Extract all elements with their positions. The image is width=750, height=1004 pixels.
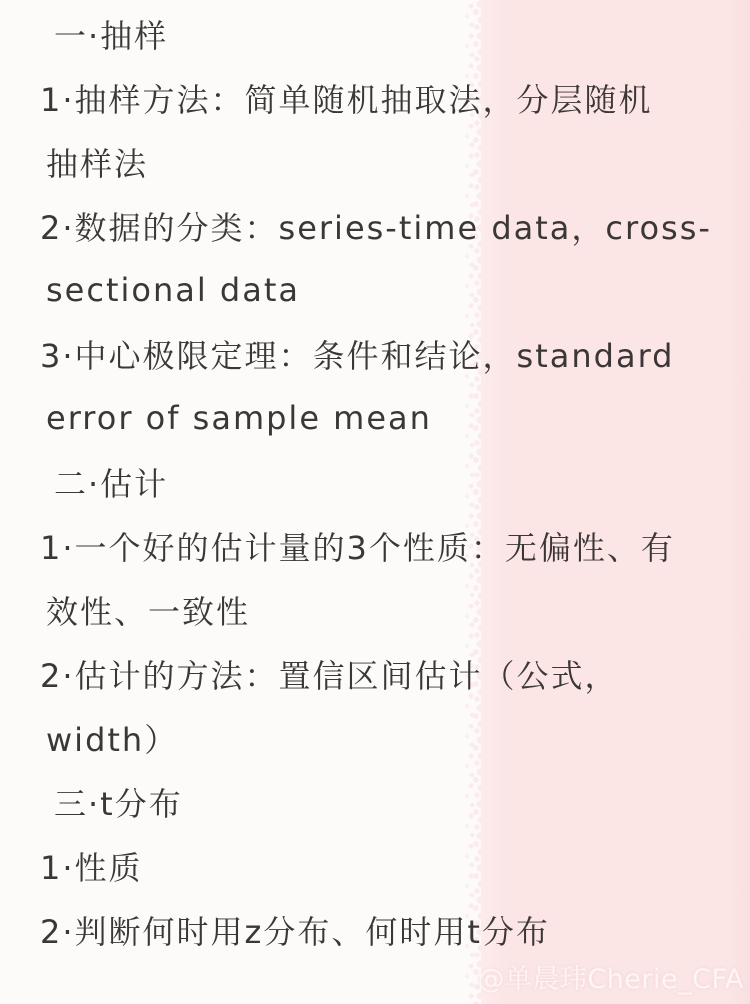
- weibo-icon: [437, 962, 471, 992]
- note-line: 2·数据的分类：series-time data，cross-: [0, 194, 750, 258]
- note-line: 1·抽样方法：简单随机抽取法，分层随机: [0, 66, 750, 130]
- handwritten-notes: 一·抽样1·抽样方法：简单随机抽取法，分层随机抽样法2·数据的分类：series…: [0, 0, 750, 1004]
- note-line: error of sample mean: [0, 386, 750, 450]
- note-line: 2·估计的方法：置信区间估计（公式，: [0, 642, 750, 706]
- note-line: 效性、一致性: [0, 578, 750, 642]
- note-line: 1·一个好的估计量的3个性质：无偏性、有: [0, 514, 750, 578]
- watermark: @单晨玮Cherie_CFA: [437, 957, 744, 996]
- note-line: 三·t分布: [0, 770, 750, 834]
- note-line: 二·估计: [0, 450, 750, 514]
- note-line: sectional data: [0, 258, 750, 322]
- note-line: 1·性质: [0, 834, 750, 898]
- note-line: 2·判断何时用z分布、何时用t分布: [0, 898, 750, 962]
- note-line: 一·抽样: [0, 2, 750, 66]
- note-line: 3·中心极限定理：条件和结论，standard: [0, 322, 750, 386]
- watermark-handle: @单晨玮Cherie_CFA: [477, 957, 744, 996]
- note-line: width）: [0, 706, 750, 770]
- note-line: 抽样法: [0, 130, 750, 194]
- notes-page: 一·抽样1·抽样方法：简单随机抽取法，分层随机抽样法2·数据的分类：series…: [0, 0, 750, 1004]
